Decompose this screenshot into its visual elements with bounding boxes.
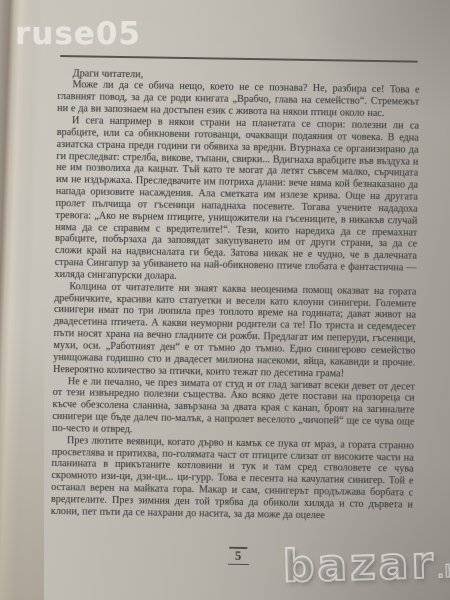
bazar-logo-text: bazar <box>282 537 436 592</box>
page-number-value: 5 <box>222 549 254 563</box>
paragraph: Колцина от читателите ни знаят каква нео… <box>53 281 416 381</box>
paragraph: През лютите веявици, когато дърво и камъ… <box>51 435 414 524</box>
page-number: 5 <box>222 547 254 566</box>
paragraph: Може ли да се обича нещо, което не се по… <box>57 79 420 120</box>
page-text: Драги читатели, Може ли да се обича нещо… <box>51 68 420 524</box>
paragraph: И сега например в някои страни на планет… <box>54 115 419 286</box>
book-page: Драги читатели, Може ли да се обича нещо… <box>51 55 420 523</box>
book-gutter-shadow <box>0 0 44 600</box>
book-page-photo: Драги читатели, Може ли да се обича нещо… <box>0 0 450 600</box>
header-rule <box>60 55 418 62</box>
paragraph: Не е ли печално, че през зимата от студ … <box>52 375 415 440</box>
seller-watermark: ruse05 <box>15 16 141 52</box>
bazar-logo-watermark: bazar.bg <box>282 539 450 600</box>
bazar-logo-tld: .bg <box>437 562 450 583</box>
page-number-rule-bottom <box>228 563 249 565</box>
